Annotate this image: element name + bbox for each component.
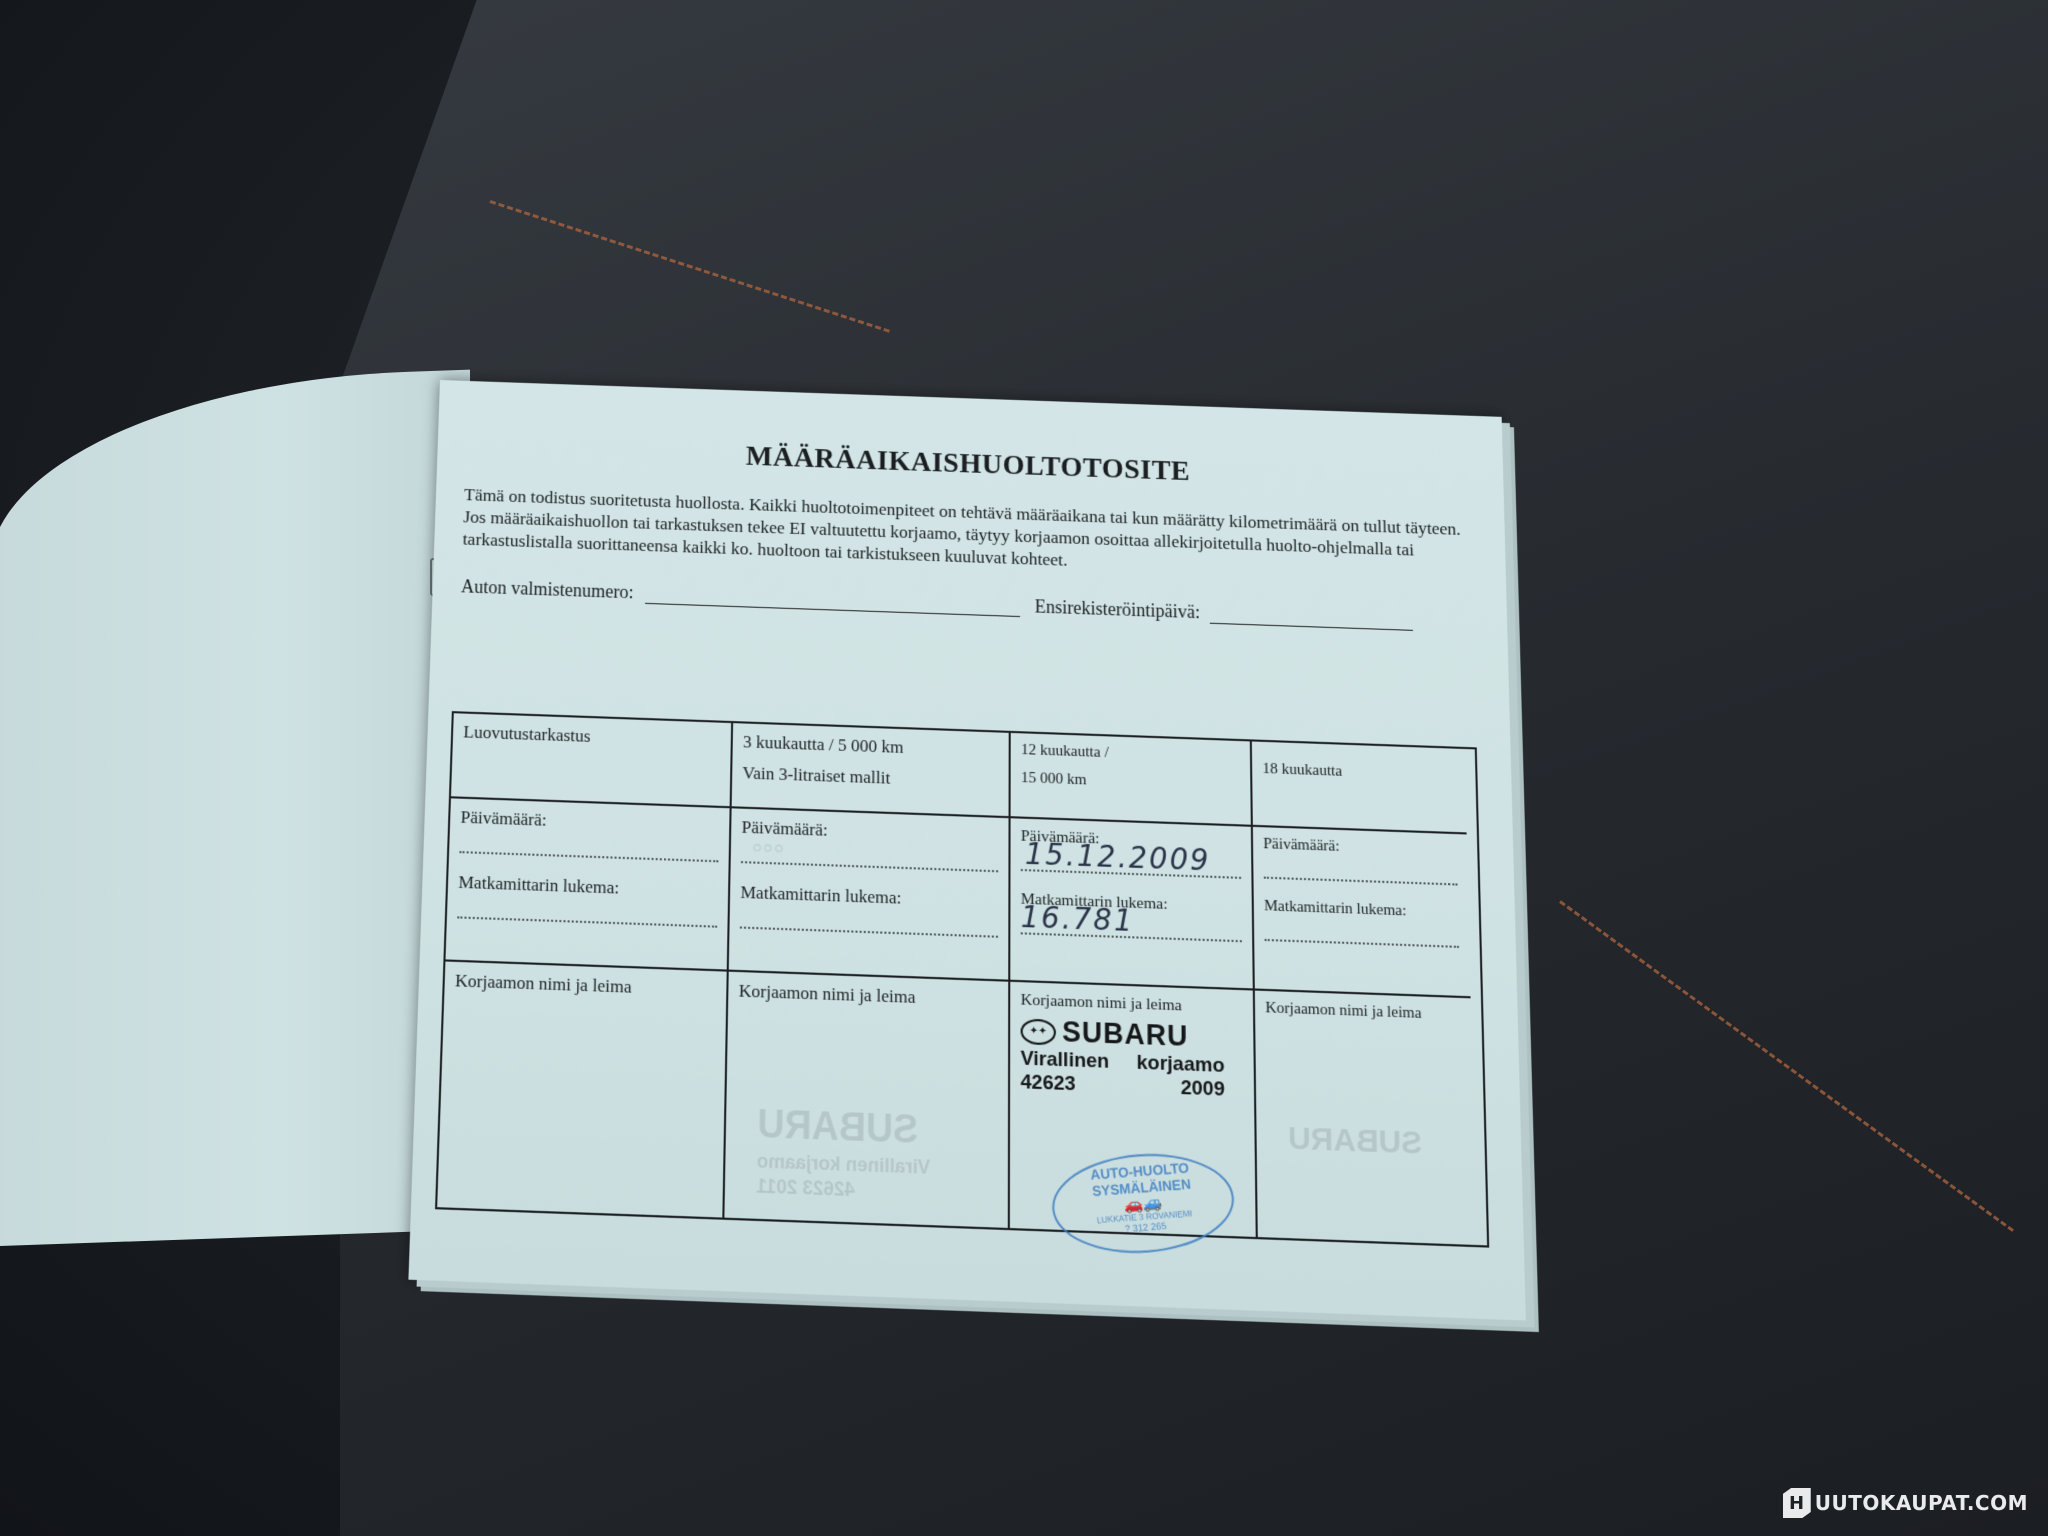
delivery-entry-cell: Päivämäärä: Matkamittarin lukema: [445,798,731,971]
bleed-through-subaru: SUBARU [1288,1121,1423,1163]
stamp-brand: SUBARU [1062,1016,1188,1054]
3-months-stamp-cell: Korjaamon nimi ja leima SUBARU Viralline… [724,972,1010,1228]
booklet-right-page: MÄÄRÄAIKAISHUOLTOTOSITE Tämä on todistus… [408,380,1525,1321]
odometer-field: 16.781 [1021,915,1242,942]
header-line: 3 kuukautta / 5 000 km [743,732,999,762]
booklet-left-page [0,370,470,1247]
odometer-label: Matkamittarin lukema: [458,872,619,898]
header-line: 18 kuukautta [1262,761,1455,786]
workshop-ink-stamp: AUTO-HUOLTO SYSMÄLÄINEN 🚗🚙 LUKKATIE 3 RO… [1047,1148,1239,1259]
12-months-entry-cell: Päivämäärä: 15.12.2009 Matkamittarin luk… [1010,818,1255,990]
workshop-label: Korjaamon nimi ja leima [455,970,632,997]
stamp-text: Virallinen [1021,1047,1110,1074]
site-watermark: H UUTOKAUPAT.COM [1783,1488,2028,1518]
delivery-stamp-cell: Korjaamon nimi ja leima [437,962,729,1218]
date-label: Päivämäärä: [460,807,547,830]
vin-label: Auton valmistenumero: [461,576,634,603]
column-header-delivery: Luovutustarkastus [451,713,733,808]
first-registration-field [1210,606,1413,631]
header-line: Vain 3-litraiset mallit [742,763,998,793]
odometer-field [457,899,717,927]
column-header-3-months: 3 kuukautta / 5 000 km Vain 3-litraiset … [732,723,1011,818]
date-field [459,834,718,862]
column-header-12-months: 12 kuukautta / 15 000 km [1011,733,1253,827]
3-months-entry-cell: Päivämäärä: Matkamittarin lukema: ◦◦◦ [729,808,1011,981]
stamp-text: korjaamo [1137,1052,1225,1079]
subaru-stars-icon: ✦✦ [1021,1018,1056,1045]
service-record-form: MÄÄRÄAIKAISHUOLTOTOSITE Tämä on todistus… [461,431,1475,633]
odometer-label: Matkamittarin lukema: [1264,898,1407,920]
odometer-value: 16.781 [1021,899,1135,938]
workshop-label: Korjaamon nimi ja leima [1021,991,1182,1015]
vin-field [646,587,1021,618]
date-value: 15.12.2009 [1025,837,1211,878]
watermark-text: UUTOKAUPAT.COM [1815,1491,2028,1515]
service-table: Luovutustarkastus 3 kuukautta / 5 000 km… [435,711,1489,1248]
vehicle-fields: Auton valmistenumero: Ensirekisteröintip… [461,576,1475,633]
header-line: 12 kuukautta / [1021,742,1240,767]
odometer-field [740,910,998,938]
column-header-18-months: 18 kuukautta [1252,741,1467,834]
date-field [1264,860,1458,886]
date-field: 15.12.2009 [1021,852,1241,879]
date-label: Päivämäärä: [1263,836,1339,855]
header-line: Luovutustarkastus [463,722,721,752]
odometer-label: Matkamittarin lukema: [740,882,901,908]
workshop-label: Korjaamon nimi ja leima [739,981,916,1008]
18-months-stamp-cell: Korjaamon nimi ja leima SUBARU [1255,991,1477,1245]
stamp-text: 42623 [1021,1071,1076,1097]
subaru-dealer-stamp: ✦✦ SUBARU Virallinen korjaamo 42623 2009 [1021,1014,1244,1103]
cube-logo-icon: H [1783,1488,1811,1518]
stamp-text: 2009 [1181,1077,1225,1102]
bleed-through-text: ◦◦◦ [751,830,784,867]
12-months-stamp-cell: Korjaamon nimi ja leima ✦✦ SUBARU Virall… [1010,982,1258,1237]
bleed-through-subaru: SUBARU [757,1101,918,1152]
bleed-through-line: 42623 2011 [756,1175,855,1201]
first-registration-label: Ensirekisteröintipäivä: [1035,596,1200,623]
workshop-label: Korjaamon nimi ja leima [1265,999,1421,1022]
header-line: 15 000 km [1021,770,1240,795]
odometer-field [1264,922,1459,948]
intro-paragraph: Tämä on todistus suoritetusta huollosta.… [462,483,1473,585]
bleed-through-line: Virallinen korjaamo [757,1150,931,1179]
18-months-entry-cell: Päivämäärä: Matkamittarin lukema: [1253,827,1471,998]
